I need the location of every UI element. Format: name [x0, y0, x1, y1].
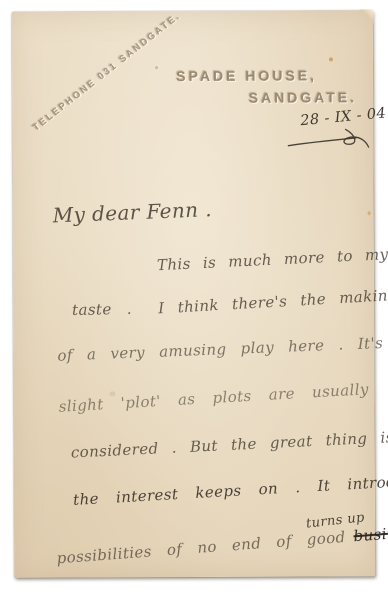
photo-background: TELEPHONE 031 SANDGATE. SPADE HOUSE, SAN… [0, 0, 388, 600]
letter-paper: TELEPHONE 031 SANDGATE. SPADE HOUSE, SAN… [12, 10, 375, 578]
letterhead-line1: SPADE HOUSE, [176, 68, 357, 83]
foxing-speck [329, 57, 333, 61]
letter-line: taste . [72, 300, 132, 319]
letter-salutation: My dear Fenn . [52, 197, 212, 227]
letter-line-text: possibilities of no end of good [56, 528, 346, 567]
letterhead-line2: SANDGATE. [176, 90, 357, 105]
letter-line: considered . But the great thing is that [70, 426, 388, 462]
letter-line: slight 'plot' as plots are usually [58, 380, 369, 416]
foxing-speck [155, 66, 158, 69]
corner-fold [359, 9, 374, 24]
letter-line: This is much more to my [157, 245, 388, 274]
telephone-stamp: TELEPHONE 031 SANDGATE. [31, 32, 156, 134]
letterhead: SPADE HOUSE, SANDGATE. [176, 68, 357, 105]
letter-line: of a very amusing play here . It's a [57, 333, 388, 365]
letter-line: the interest keeps on . It introduces [73, 471, 388, 509]
foxing-speck [368, 211, 371, 215]
letter-line: possibilities of no end of goodbusiness [56, 522, 388, 567]
letter-line: I think there's the making [158, 286, 388, 318]
date-flourish-icon [286, 126, 372, 161]
letter-date: 28 - IX - 04 [300, 105, 387, 129]
